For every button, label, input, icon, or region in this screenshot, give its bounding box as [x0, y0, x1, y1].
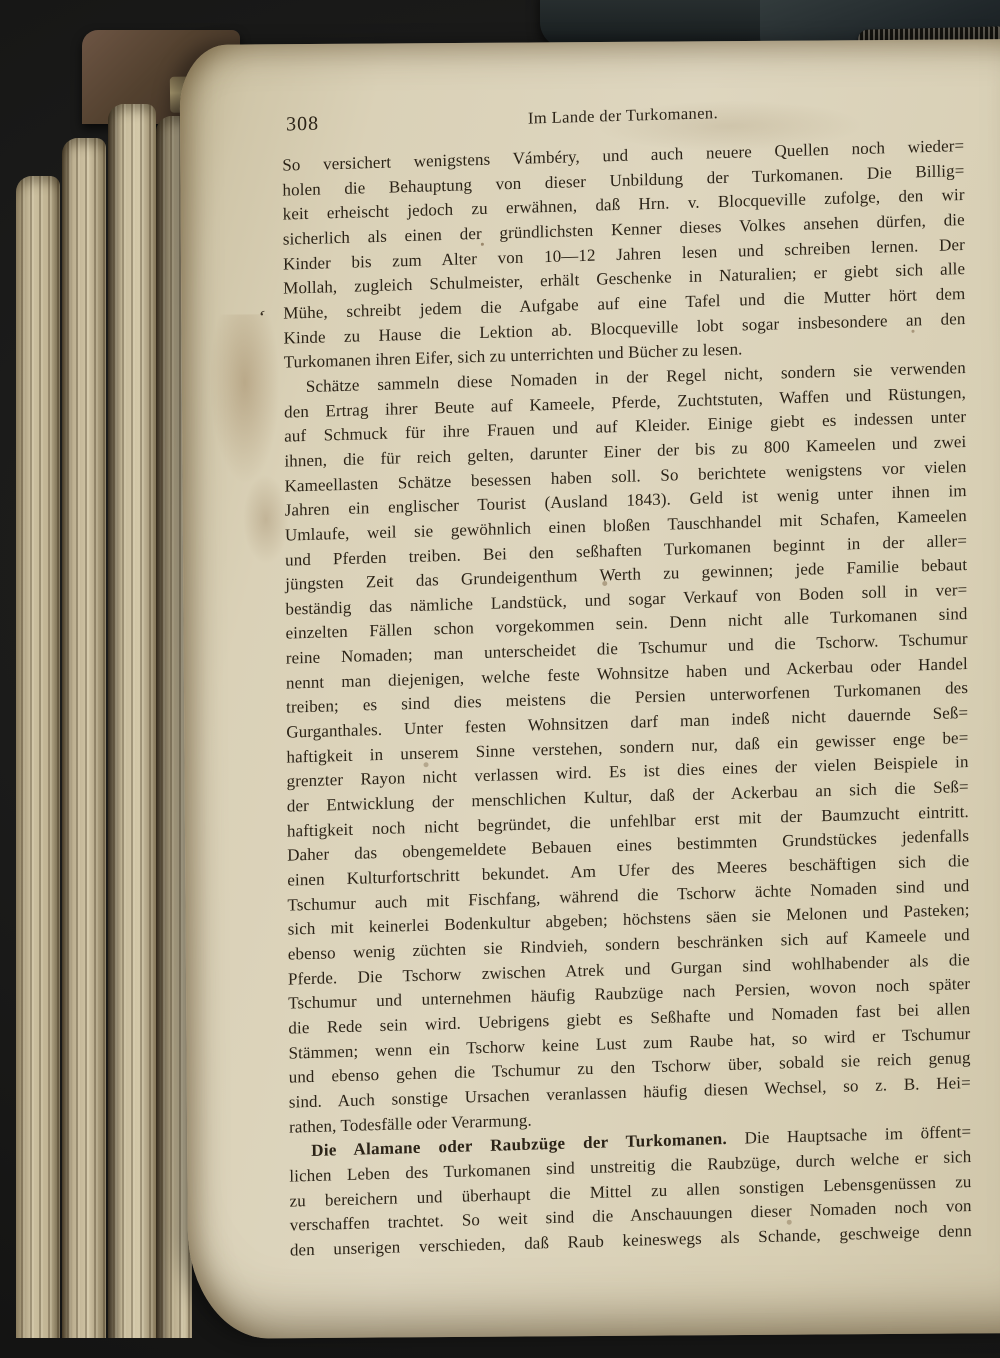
page-stack-edge	[108, 104, 156, 1338]
paper-stain	[242, 474, 289, 564]
text-block: So versichert wenigstens Vámbéry, und au…	[282, 134, 972, 1263]
photo-background: ‘ 308 Im Lande der Turkomanen. So versic…	[0, 0, 1000, 1358]
page-stack-edge	[62, 138, 106, 1338]
book-page: ‘ 308 Im Lande der Turkomanen. So versic…	[179, 39, 1000, 1339]
page-edge-grain	[62, 138, 106, 1338]
running-title: Im Lande der Turkomanen.	[528, 103, 718, 128]
paper-stain	[209, 314, 280, 484]
page-edge-grain	[16, 176, 60, 1338]
page-number: 308	[286, 113, 319, 137]
page-content: 308 Im Lande der Turkomanen. So versiche…	[282, 92, 972, 1263]
page-edge-grain	[108, 104, 156, 1338]
page-header: 308 Im Lande der Turkomanen.	[282, 92, 964, 142]
margin-mark: ‘	[254, 306, 267, 330]
page-stack-edge	[16, 176, 60, 1338]
